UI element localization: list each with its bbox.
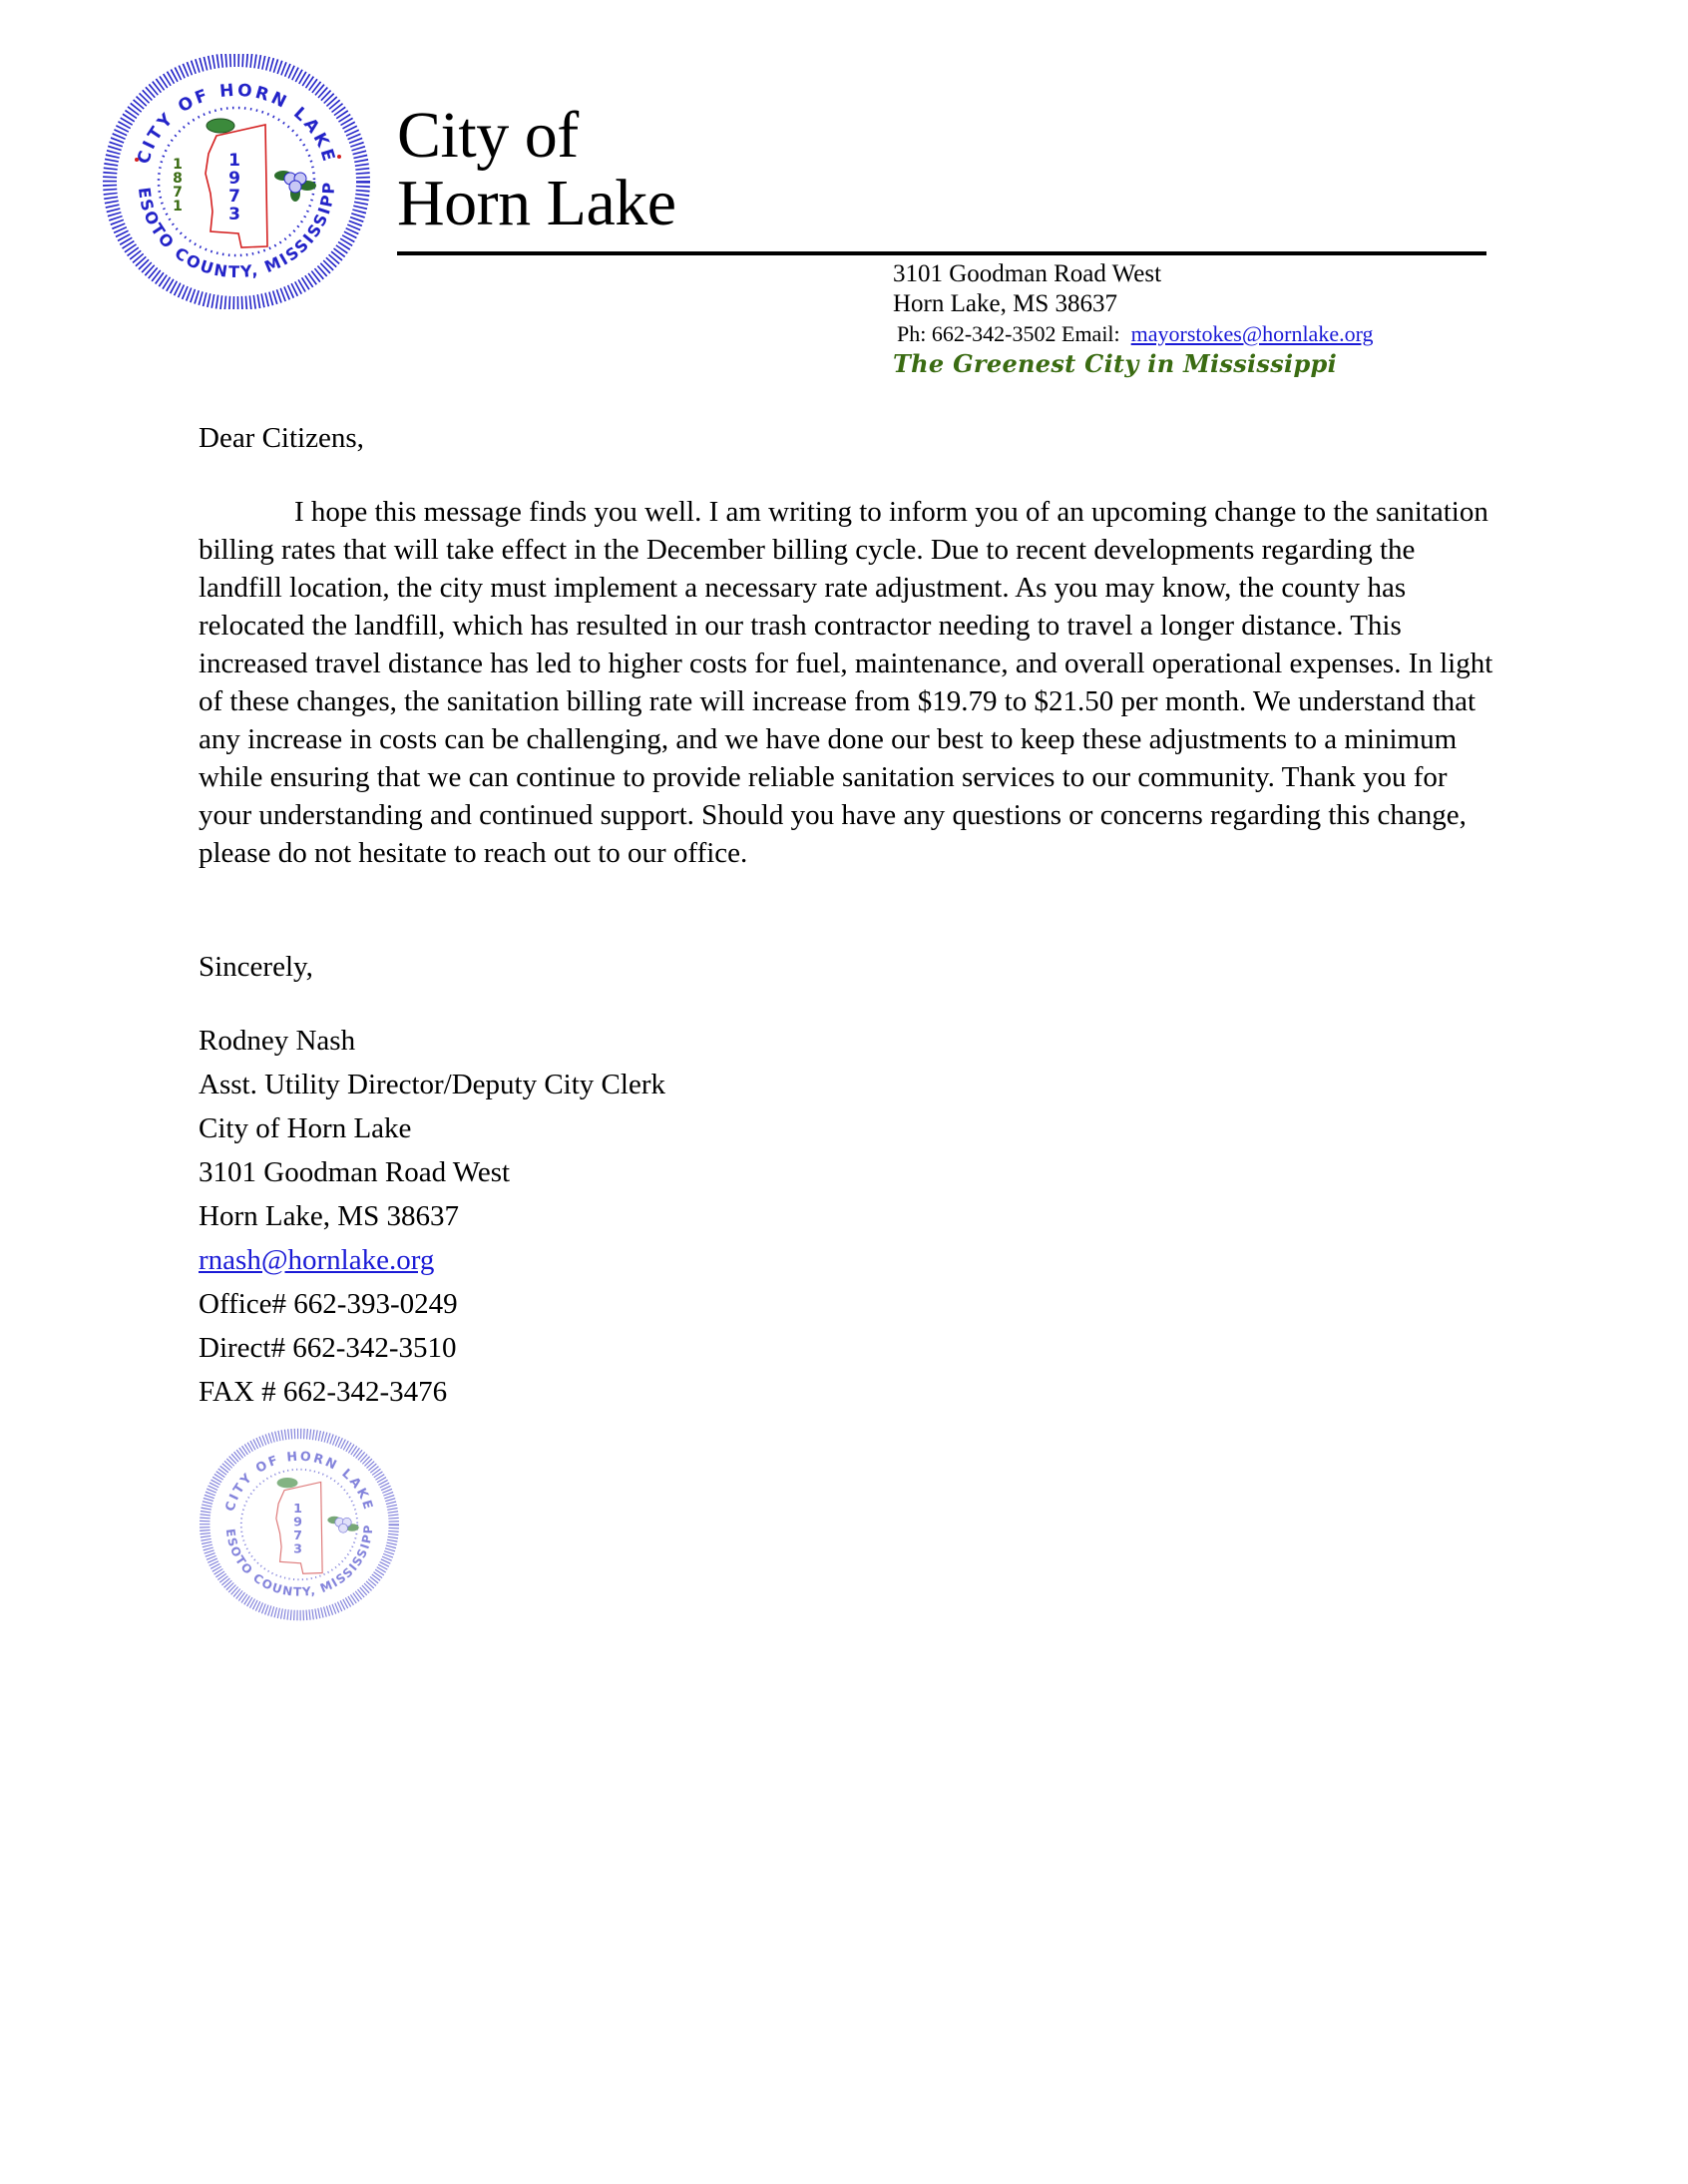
letterhead-divider [397, 251, 1486, 255]
title-line-1: City of [397, 102, 676, 170]
mayor-email-link[interactable]: mayorstokes@hornlake.org [1131, 321, 1374, 346]
letterhead-address: 3101 Goodman Road West Horn Lake, MS 386… [893, 259, 1374, 379]
signer-name: Rodney Nash [199, 1019, 665, 1063]
letter-body-text: I hope this message finds you well. I am… [199, 496, 1492, 869]
svg-text:9: 9 [228, 169, 240, 189]
city-seal-logo-footer: CITY OF HORN LAKE DESOTO COUNTY, MISSISS… [200, 1427, 399, 1622]
letter-body: I hope this message finds you well. I am… [199, 493, 1495, 872]
svg-text:7: 7 [228, 187, 240, 207]
signer-email-link[interactable]: rnash@hornlake.org [199, 1244, 434, 1276]
letter-greeting: Dear Citizens, [199, 419, 1495, 457]
svg-text:1: 1 [173, 199, 183, 215]
letterhead-title: City of Horn Lake [397, 102, 676, 237]
address-line-1: 3101 Goodman Road West [893, 259, 1374, 289]
phone-label: Ph: 662-342-3502 Email: [897, 321, 1120, 346]
signer-address-2: Horn Lake, MS 38637 [199, 1194, 665, 1238]
signer-title: Asst. Utility Director/Deputy City Clerk [199, 1063, 665, 1106]
svg-text:3: 3 [293, 1540, 302, 1555]
signer-address-1: 3101 Goodman Road West [199, 1150, 665, 1194]
signer-fax: FAX # 662-342-3476 [199, 1370, 665, 1414]
signer-org: City of Horn Lake [199, 1106, 665, 1150]
contact-line: Ph: 662-342-3502 Email: mayorstokes@horn… [893, 319, 1374, 349]
signer-office-phone: Office# 662-393-0249 [199, 1282, 665, 1326]
city-seal-logo: CITY OF HORN LAKE DESOTO COUNTY, MISSISS… [103, 54, 370, 309]
svg-text:1: 1 [228, 151, 240, 171]
city-tagline: The Greenest City in Mississippi [893, 349, 1374, 379]
address-line-2: Horn Lake, MS 38637 [893, 289, 1374, 319]
seal-icon: CITY OF HORN LAKE DESOTO COUNTY, MISSISS… [103, 54, 370, 309]
title-line-2: Horn Lake [397, 170, 676, 237]
seal-icon: CITY OF HORN LAKE DESOTO COUNTY, MISSISS… [200, 1427, 399, 1622]
signature-block: Rodney Nash Asst. Utility Director/Deput… [199, 1019, 665, 1414]
signer-direct-phone: Direct# 662-342-3510 [199, 1326, 665, 1370]
letter-closing: Sincerely, [199, 948, 1495, 986]
svg-text:3: 3 [228, 205, 240, 224]
